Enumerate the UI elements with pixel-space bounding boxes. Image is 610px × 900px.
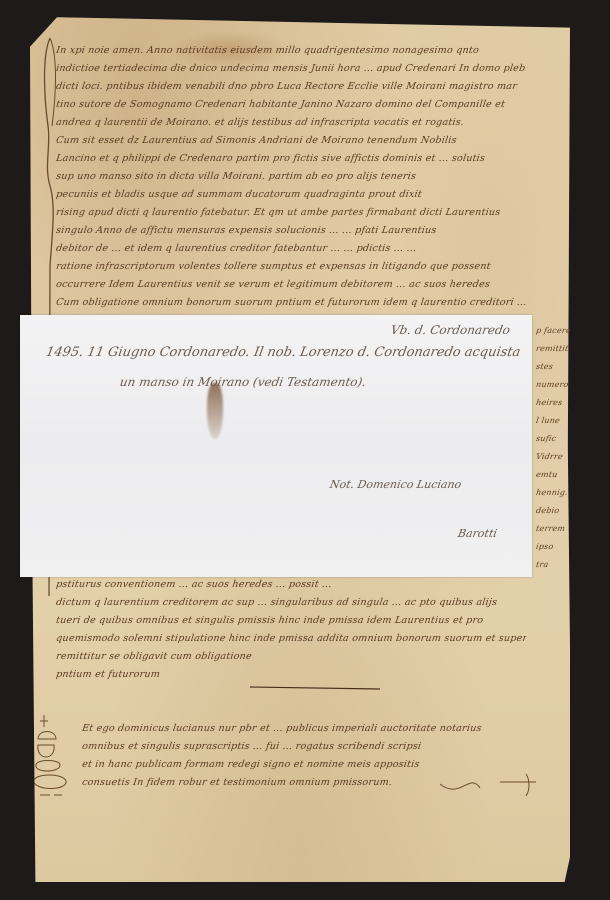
margin-fragment: debio xyxy=(535,502,572,520)
closing-flourish-decoration xyxy=(440,770,540,800)
manuscript-line: andrea q laurentii de Moirano. et alijs … xyxy=(55,114,528,132)
manuscript-line: In xpi noie amen. Anno nativitatis eiusd… xyxy=(55,42,528,60)
margin-fragment: ipso xyxy=(535,538,572,556)
slip-summary-line-2: un manso in Moirano (vedi Testamento). xyxy=(119,375,368,389)
manuscript-line: pntium et futurorum xyxy=(55,666,528,684)
manuscript-line: ratione infrascriptorum volentes tollere… xyxy=(55,258,528,276)
manuscript-line: Et ego dominicus lucianus nur pbr et ...… xyxy=(81,720,524,738)
margin-fragment: heires xyxy=(535,394,572,412)
annotation-slip: Vb. d. Cordonaredo 1495. 11 Giugno Cordo… xyxy=(20,315,532,577)
margin-fragment: sufic xyxy=(535,430,572,448)
margin-fragment: stes xyxy=(535,358,572,376)
manuscript-line: dicti loci. pntibus ibidem venabili dno … xyxy=(55,78,528,96)
manuscript-line: sup uno manso sito in dicta villa Moiran… xyxy=(55,168,528,186)
manuscript-line: tueri de quibus omnibus et singulis pmis… xyxy=(55,612,528,630)
manuscript-bottom-text: pstiturus conventionem ... ac suos hered… xyxy=(56,576,526,684)
manuscript-line: omnibus et singulis suprascriptis ... fu… xyxy=(81,738,524,756)
margin-fragment: remittit xyxy=(535,340,572,358)
manuscript-line: pstiturus conventionem ... ac suos hered… xyxy=(55,576,528,594)
margin-fragment: terrem xyxy=(535,520,572,538)
slip-notary: Not. Domenico Luciano xyxy=(329,478,463,491)
manuscript-line: debitor de ... et idem q laurentius cred… xyxy=(55,240,528,258)
margin-fragment: numero xyxy=(535,376,572,394)
manuscript-line: quemismodo solemni stipulatione hinc ind… xyxy=(55,630,528,648)
manuscript-line: remittitur se obligavit cum obligatione xyxy=(55,648,528,666)
manuscript-line: dictum q laurentium creditorem ac sup ..… xyxy=(55,594,528,612)
manuscript-line: indictioe tertiadecima die dnico undecim… xyxy=(55,60,528,78)
manuscript-line: tino sutore de Somognamo Credenari habit… xyxy=(55,96,528,114)
manuscript-line: Cum obligatione omnium bonorum suorum pn… xyxy=(55,294,528,312)
manuscript-line: Lancino et q philippi de Credenaro parti… xyxy=(55,150,528,168)
manuscript-line: pecuniis et bladis usque ad summam ducat… xyxy=(55,186,528,204)
margin-fragment: Vidrre xyxy=(535,448,572,466)
right-margin-fragments: p facere remittit stes numero heires l l… xyxy=(536,322,570,574)
margin-fragment: l lune xyxy=(535,412,572,430)
margin-fragment: emtu xyxy=(535,466,572,484)
slip-summary-line-1: 1495. 11 Giugno Cordonaredo. Il nob. Lor… xyxy=(45,345,522,360)
margin-fragment: hennig. xyxy=(535,484,572,502)
ink-blot xyxy=(207,383,223,439)
margin-fragment: p facere xyxy=(535,322,572,340)
notary-signum-icon xyxy=(34,715,74,805)
ink-underline-stroke xyxy=(250,686,380,690)
manuscript-line: Cum sit esset dz Laurentius ad Simonis A… xyxy=(55,132,528,150)
manuscript-line: rising apud dicti q laurentio fatebatur.… xyxy=(55,204,528,222)
manuscript-line: singulo Anno de affictu mensuras expensi… xyxy=(55,222,528,240)
slip-header: Vb. d. Cordonaredo xyxy=(390,323,511,337)
manuscript-top-text: In xpi noie amen. Anno nativitatis eiusd… xyxy=(56,42,526,312)
margin-fragment: tra xyxy=(535,556,572,574)
manuscript-line: occurrere Idem Laurentius venit se verum… xyxy=(55,276,528,294)
slip-signature: Barotti xyxy=(457,527,498,540)
